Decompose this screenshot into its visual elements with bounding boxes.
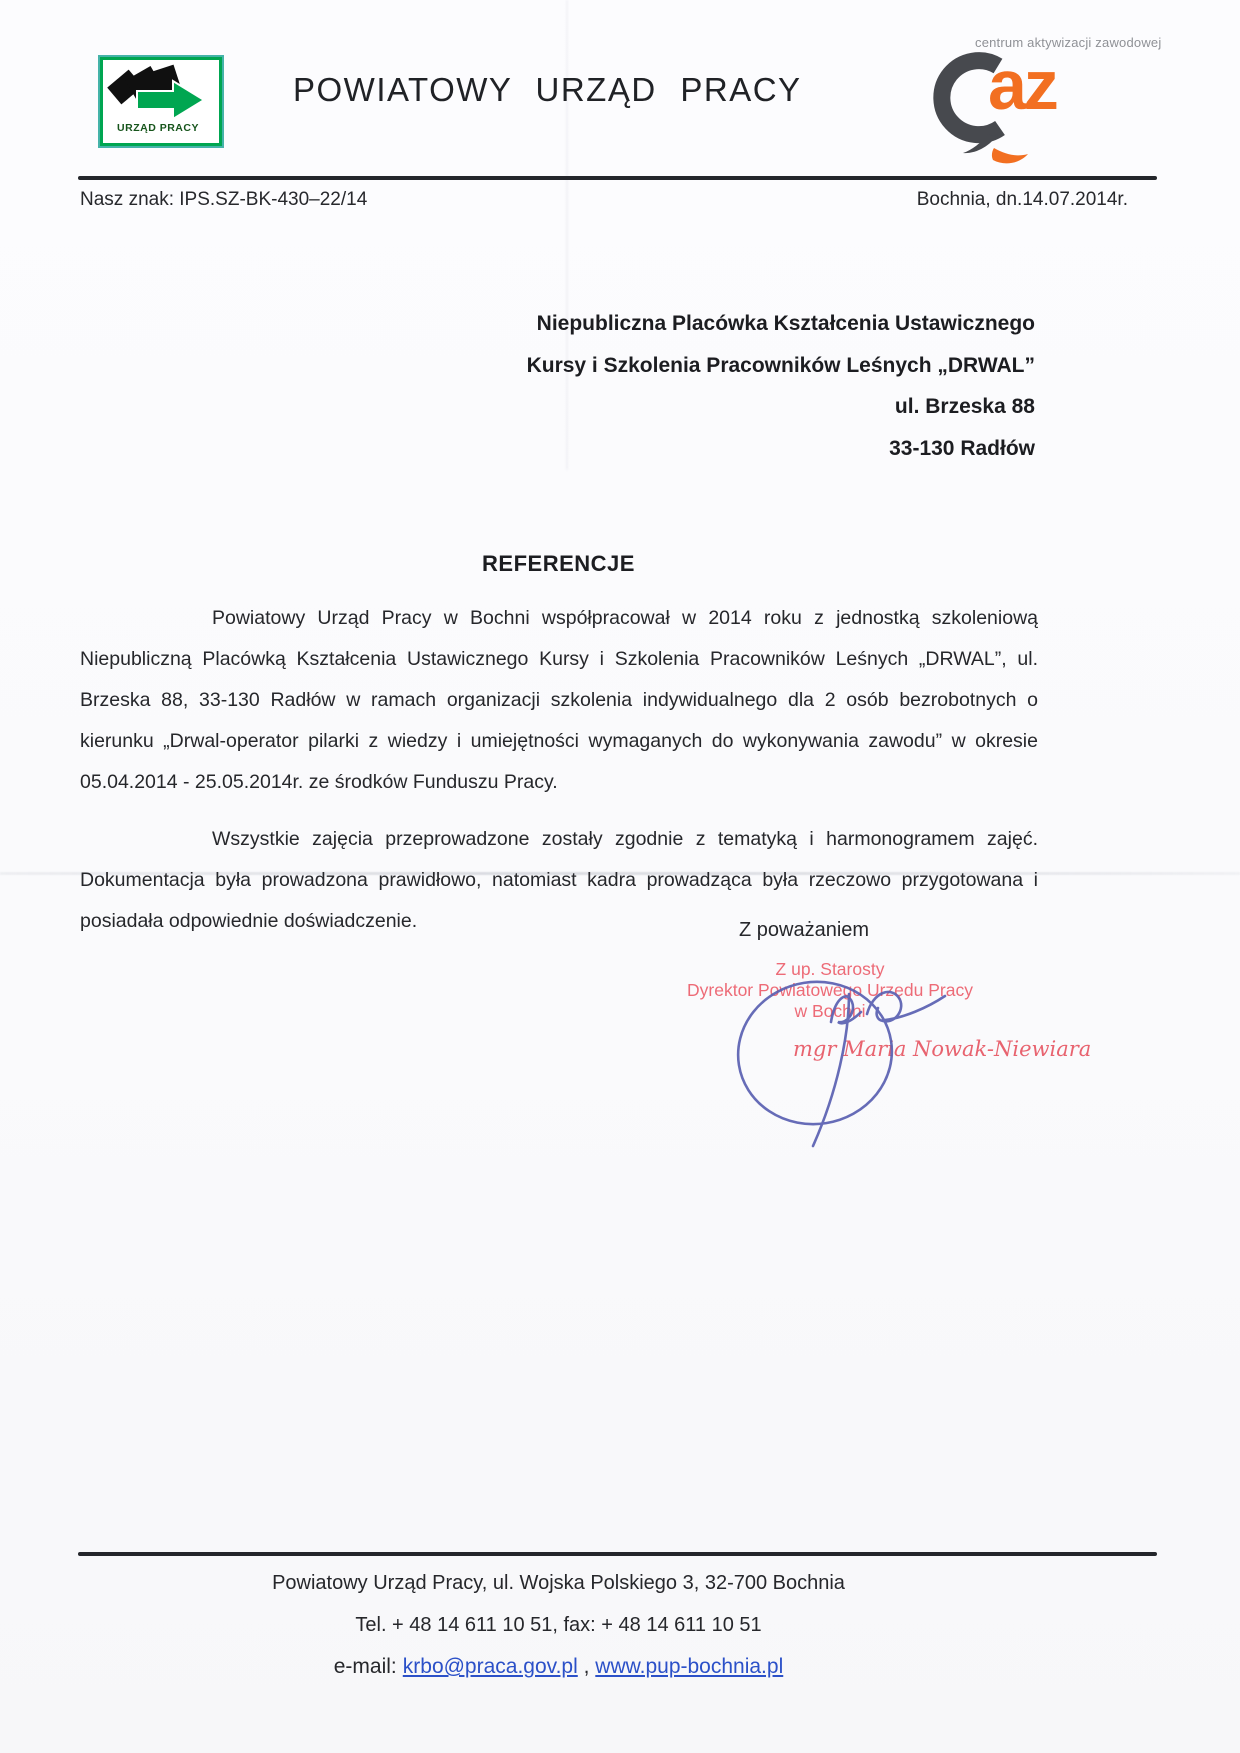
urzad-pracy-logo-label: URZĄD PRACY bbox=[117, 122, 199, 134]
recipient-line: Niepubliczna Placówka Kształcenia Ustawi… bbox=[527, 303, 1035, 345]
website-link[interactable]: www.pup-bochnia.pl bbox=[595, 1655, 783, 1678]
footer-address: Powiatowy Urząd Pracy, ul. Wojska Polski… bbox=[80, 1572, 1037, 1595]
scanned-letter-page: URZĄD PRACY POWIATOWY URZĄD PRACY centru… bbox=[0, 0, 1240, 1753]
place-and-date: Bochnia, dn.14.07.2014r. bbox=[917, 189, 1128, 211]
recipient-line: ul. Brzeska 88 bbox=[527, 386, 1035, 428]
reference-number: Nasz znak: IPS.SZ-BK-430–22/14 bbox=[80, 189, 367, 211]
urzad-pracy-logo: URZĄD PRACY bbox=[100, 57, 222, 146]
footer-divider bbox=[78, 1552, 1157, 1556]
recipient-address: Niepubliczna Placówka Kształcenia Ustawi… bbox=[527, 303, 1035, 469]
footer-phone-fax: Tel. + 48 14 611 10 51, fax: + 48 14 611… bbox=[80, 1614, 1037, 1637]
header-divider bbox=[78, 176, 1157, 180]
recipient-line: 33-130 Radłów bbox=[527, 428, 1035, 470]
body-paragraph-2: Wszystkie zajęcia przeprowadzone zostały… bbox=[80, 819, 1038, 942]
handwritten-signature-icon bbox=[635, 950, 965, 1155]
body-paragraph-1: Powiatowy Urząd Pracy w Bochni współprac… bbox=[80, 598, 1038, 803]
footer-email-line: e-mail:krbo@praca.gov.pl , www.pup-bochn… bbox=[80, 1655, 1037, 1679]
recipient-line: Kursy i Szkolenia Pracowników Leśnych „D… bbox=[527, 345, 1035, 387]
email-link[interactable]: krbo@praca.gov.pl bbox=[403, 1655, 578, 1678]
page-title: POWIATOWY URZĄD PRACY bbox=[293, 71, 802, 109]
caz-letters: az bbox=[988, 50, 1056, 120]
link-separator: , bbox=[578, 1655, 596, 1678]
urzad-pracy-arrows-icon: URZĄD PRACY bbox=[103, 60, 213, 137]
closing-phrase: Z poważaniem bbox=[739, 919, 869, 942]
document-heading: REFERENCJE bbox=[80, 551, 1037, 577]
caz-logo: centrum aktywizacji zawodowej az bbox=[918, 24, 1133, 169]
email-label: e-mail: bbox=[334, 1655, 397, 1678]
